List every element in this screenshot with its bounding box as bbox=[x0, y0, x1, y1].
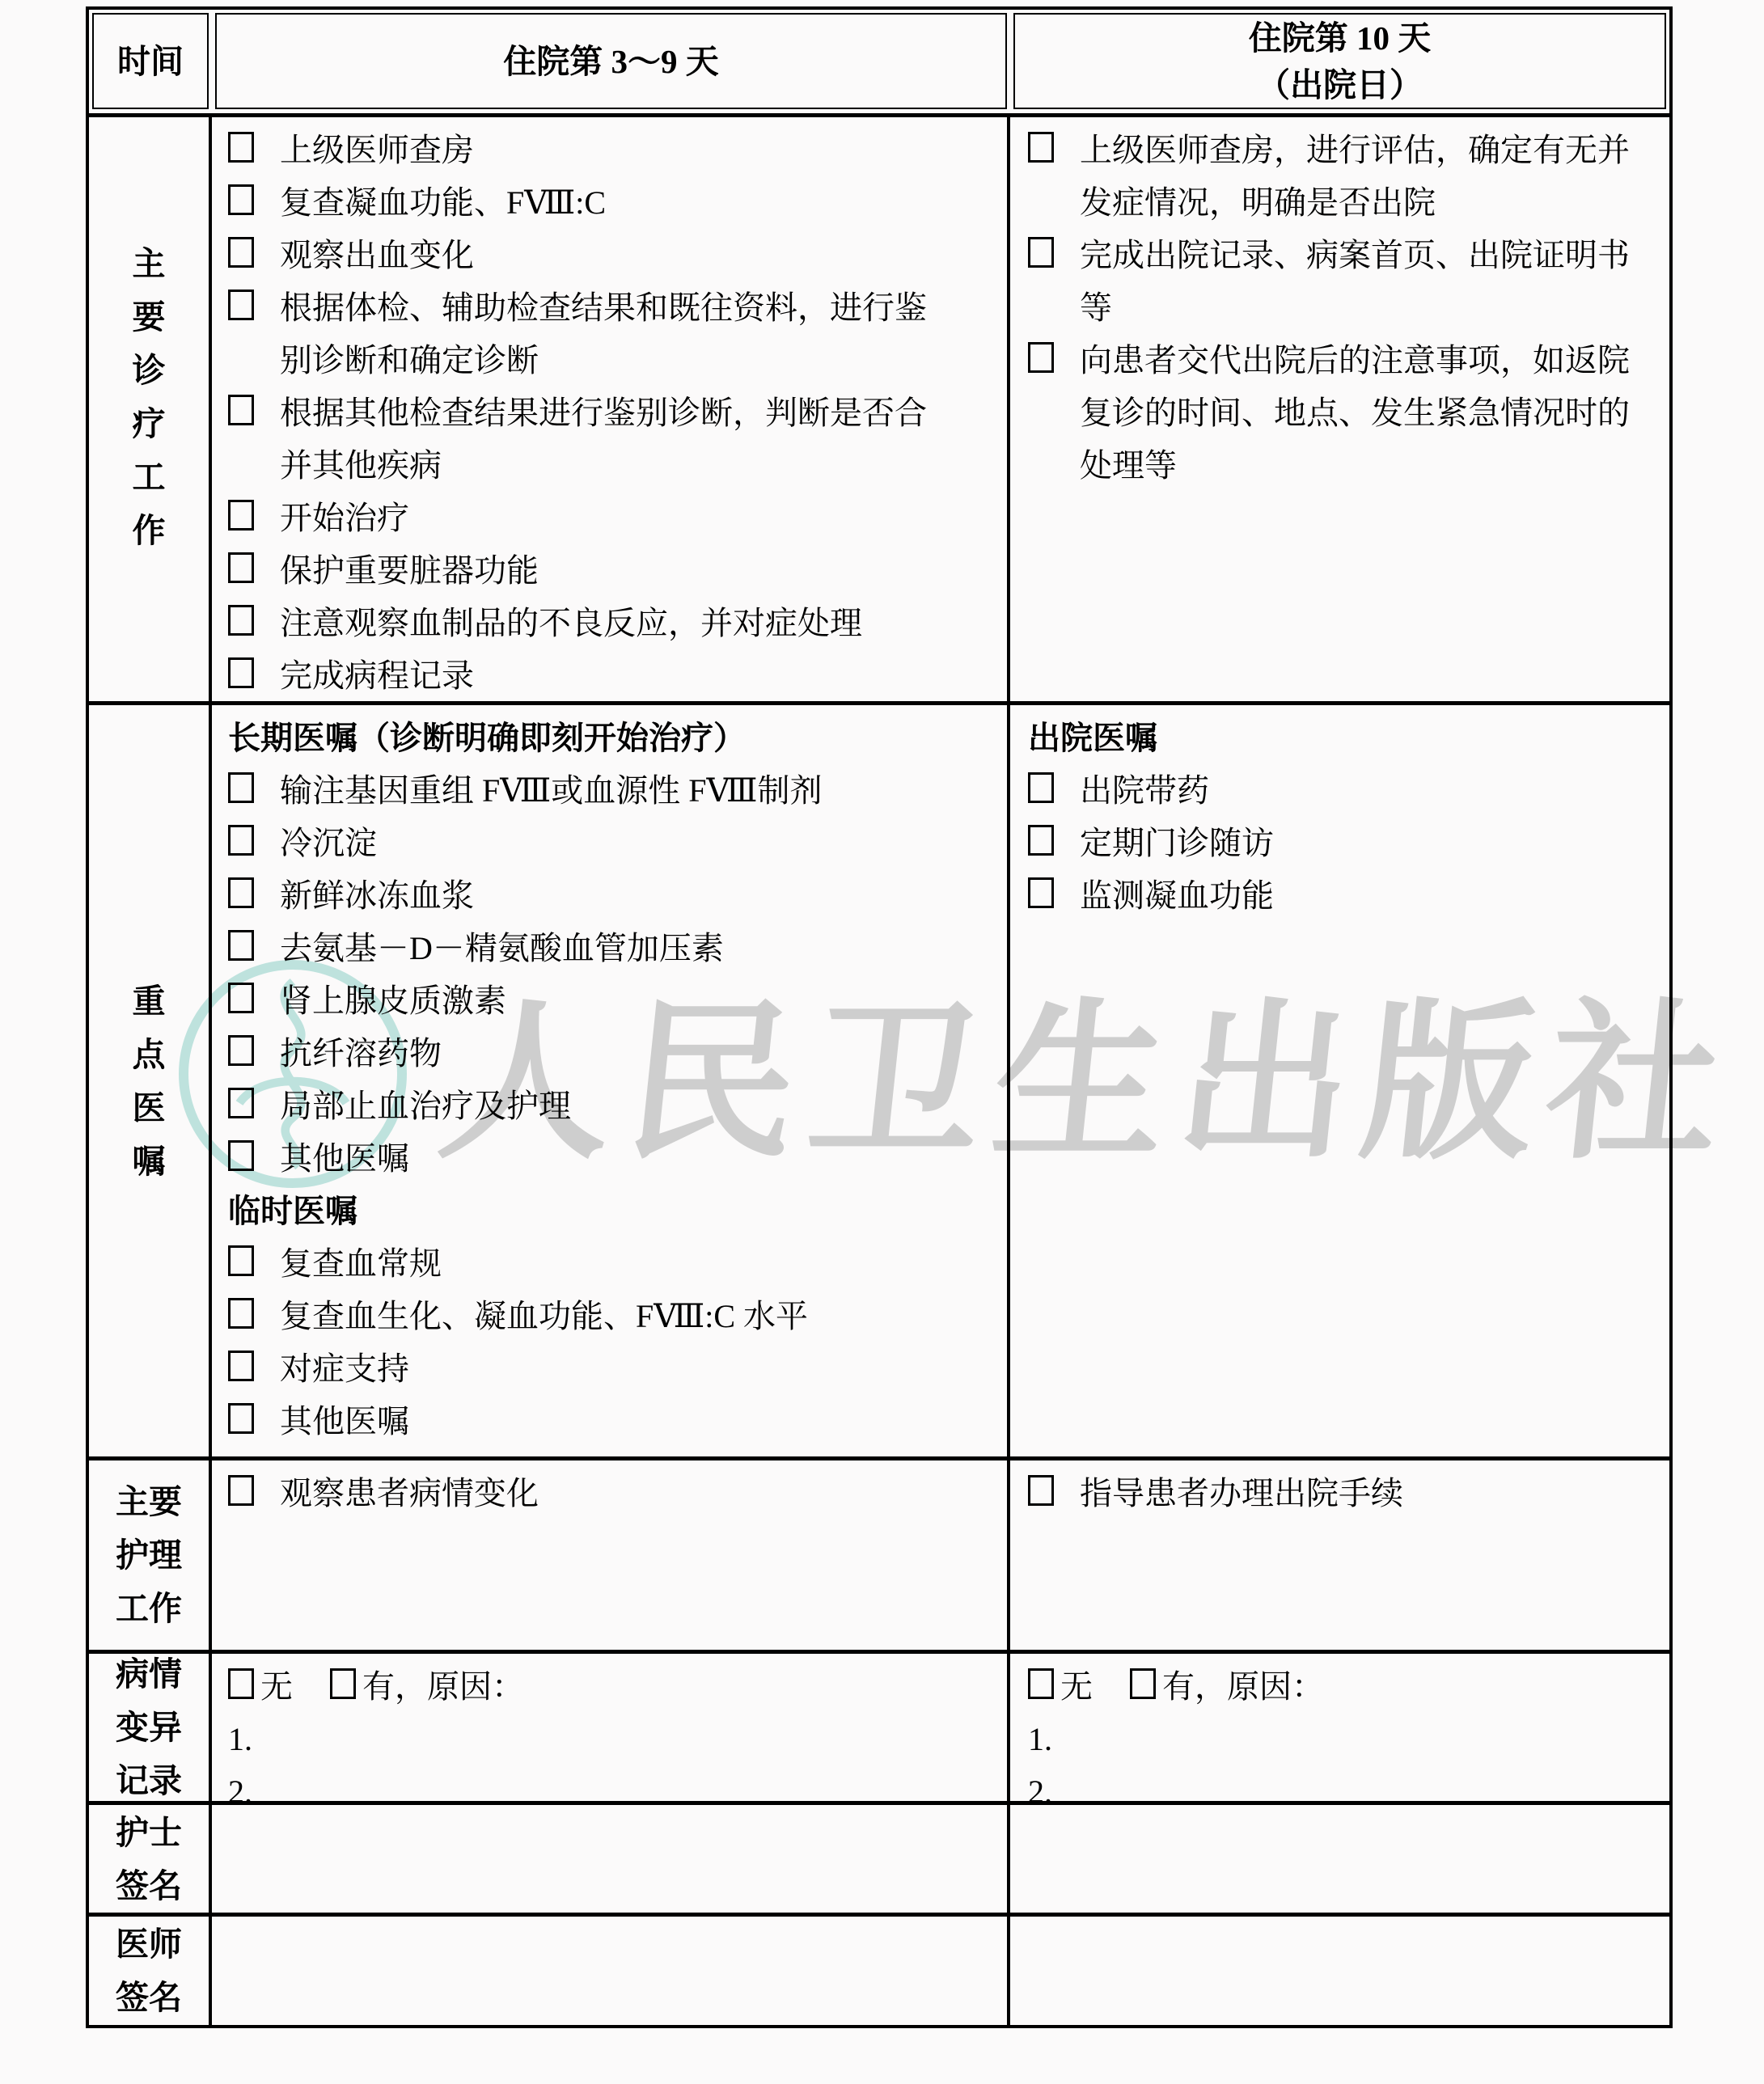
variation-reason-1: 1. bbox=[228, 1713, 950, 1765]
checkbox-icon bbox=[228, 772, 254, 803]
checklist-item: 开始治疗 bbox=[228, 492, 950, 544]
checkbox-icon bbox=[1130, 1668, 1156, 1699]
checkbox-icon bbox=[228, 184, 254, 215]
checkbox-icon bbox=[330, 1668, 356, 1699]
checkbox-icon bbox=[228, 877, 254, 908]
doctor-signature-day3-9-cell bbox=[212, 1917, 1010, 2025]
checkbox-icon bbox=[228, 132, 254, 163]
orders-day3-9-cell: 长期医嘱（诊断明确即刻开始治疗） 输注基因重组 FⅧ或血源性 FⅧ制剂 冷沉淀 … bbox=[212, 705, 1010, 1460]
checkbox-icon bbox=[228, 1351, 254, 1381]
checkbox-icon bbox=[1028, 342, 1054, 373]
row-label-main-treatment: 主 要 诊 疗 工 作 bbox=[89, 117, 212, 705]
nurse-signature-day3-9-cell bbox=[212, 1805, 1010, 1917]
day10-header-label: 住院第 10 天 （出院日） bbox=[1013, 13, 1666, 109]
checkbox-icon bbox=[1028, 132, 1054, 163]
checklist-item: 定期门诊随访 bbox=[1028, 817, 1640, 869]
checklist-item: 复查血生化、凝血功能、FⅧ:C 水平 bbox=[228, 1290, 950, 1342]
day3-9-header-label: 住院第 3～9 天 bbox=[215, 13, 1007, 109]
checklist-item: 根据体检、辅助检查结果和既往资料，进行鉴别诊断和确定诊断 bbox=[228, 281, 950, 387]
header-cell-day10: 住院第 10 天 （出院日） bbox=[1010, 10, 1669, 117]
checklist-item: 根据其他检查结果进行鉴别诊断，判断是否合并其他疾病 bbox=[228, 387, 950, 492]
checkbox-icon bbox=[228, 500, 254, 531]
row-label-nurse-signature: 护士 签名 bbox=[89, 1805, 212, 1917]
doctor-signature-day10-cell bbox=[1010, 1917, 1669, 2025]
checklist-item: 保护重要脏器功能 bbox=[228, 544, 950, 597]
checkbox-icon bbox=[228, 1403, 254, 1434]
checkbox-icon bbox=[228, 1140, 254, 1171]
checklist-item: 抗纤溶药物 bbox=[228, 1027, 950, 1080]
checkbox-icon bbox=[1028, 772, 1054, 803]
checklist-item: 出院带药 bbox=[1028, 764, 1640, 817]
checkbox-icon bbox=[228, 395, 254, 425]
checkbox-icon bbox=[1028, 877, 1054, 908]
checklist-item: 输注基因重组 FⅧ或血源性 FⅧ制剂 bbox=[228, 764, 950, 817]
checklist-item: 注意观察血制品的不良反应，并对症处理 bbox=[228, 597, 950, 649]
checklist-item: 局部止血治疗及护理 bbox=[228, 1080, 950, 1132]
checkbox-icon bbox=[228, 1035, 254, 1066]
treatment-day10-cell: 上级医师查房，进行评估，确定有无并发症情况，明确是否出院 完成出院记录、病案首页… bbox=[1010, 117, 1669, 705]
checklist-item: 指导患者办理出院手续 bbox=[1028, 1467, 1640, 1520]
checklist-item: 上级医师查房 bbox=[228, 124, 950, 176]
checkbox-icon bbox=[228, 1668, 254, 1699]
checklist-item: 上级医师查房，进行评估，确定有无并发症情况，明确是否出院 bbox=[1028, 124, 1640, 229]
checklist-item: 其他医嘱 bbox=[228, 1395, 950, 1448]
checklist-item: 复查血常规 bbox=[228, 1237, 950, 1290]
row-label-key-orders: 重 点 医 嘱 bbox=[89, 705, 212, 1460]
variation-day10-cell: 无有，原因： 1. 2. bbox=[1010, 1654, 1669, 1805]
temp-orders-heading: 临时医嘱 bbox=[228, 1185, 950, 1237]
nursing-day3-9-cell: 观察患者病情变化 bbox=[212, 1460, 1010, 1654]
time-header-label: 时间 bbox=[92, 13, 209, 109]
checklist-item: 完成出院记录、病案首页、出院证明书等 bbox=[1028, 229, 1640, 334]
checkbox-icon bbox=[228, 1245, 254, 1276]
variation-day3-9-cell: 无有，原因： 1. 2. bbox=[212, 1654, 1010, 1805]
header-cell-time: 时间 bbox=[89, 10, 212, 117]
checklist-item: 向患者交代出院后的注意事项，如返院复诊的时间、地点、发生紧急情况时的处理等 bbox=[1028, 334, 1640, 492]
checkbox-icon bbox=[1028, 825, 1054, 856]
checklist-item: 其他医嘱 bbox=[228, 1132, 950, 1185]
day10-line2: （出院日） bbox=[1257, 61, 1423, 108]
checklist-item: 复查凝血功能、FⅧ:C bbox=[228, 176, 950, 229]
checkbox-icon bbox=[1028, 1475, 1054, 1506]
checklist-item: 新鲜冰冻血浆 bbox=[228, 869, 950, 922]
clinical-pathway-table: 时间 住院第 3～9 天 住院第 10 天 （出院日） 主 要 诊 疗 工 作 … bbox=[86, 6, 1673, 2028]
checklist-item: 对症支持 bbox=[228, 1342, 950, 1395]
header-cell-day3-9: 住院第 3～9 天 bbox=[212, 10, 1010, 117]
checklist-item: 观察患者病情变化 bbox=[228, 1467, 950, 1520]
treatment-day3-9-cell: 上级医师查房 复查凝血功能、FⅧ:C 观察出血变化 根据体检、辅助检查结果和既往… bbox=[212, 117, 1010, 705]
checkbox-icon bbox=[228, 1088, 254, 1118]
checkbox-icon bbox=[228, 657, 254, 688]
checkbox-icon bbox=[228, 605, 254, 636]
checklist-item: 冷沉淀 bbox=[228, 817, 950, 869]
checklist-item: 完成病程记录 bbox=[228, 649, 950, 702]
row-label-variation-record: 病情 变异 记录 bbox=[89, 1654, 212, 1805]
orders-day10-cell: 出院医嘱 出院带药 定期门诊随访 监测凝血功能 bbox=[1010, 705, 1669, 1460]
checklist-item: 观察出血变化 bbox=[228, 229, 950, 281]
checkbox-icon bbox=[228, 930, 254, 961]
discharge-orders-heading: 出院医嘱 bbox=[1028, 712, 1640, 764]
checkbox-icon bbox=[228, 237, 254, 268]
row-label-doctor-signature: 医师 签名 bbox=[89, 1917, 212, 2025]
checklist-item: 监测凝血功能 bbox=[1028, 869, 1640, 922]
checklist-item: 肾上腺皮质激素 bbox=[228, 974, 950, 1027]
variation-choice-line: 无有，原因： bbox=[228, 1660, 950, 1713]
checklist-item: 去氨基－D－精氨酸血管加压素 bbox=[228, 922, 950, 974]
long-term-orders-heading: 长期医嘱（诊断明确即刻开始治疗） bbox=[228, 712, 950, 764]
checkbox-icon bbox=[228, 552, 254, 583]
nursing-day10-cell: 指导患者办理出院手续 bbox=[1010, 1460, 1669, 1654]
day10-line1: 住院第 10 天 bbox=[1249, 15, 1432, 61]
checkbox-icon bbox=[228, 825, 254, 856]
checkbox-icon bbox=[228, 1298, 254, 1329]
variation-choice-line: 无有，原因： bbox=[1028, 1660, 1640, 1713]
variation-reason-1: 1. bbox=[1028, 1713, 1640, 1765]
checkbox-icon bbox=[228, 1475, 254, 1506]
checkbox-icon bbox=[228, 983, 254, 1013]
row-label-main-nursing: 主要 护理 工作 bbox=[89, 1460, 212, 1654]
nurse-signature-day10-cell bbox=[1010, 1805, 1669, 1917]
checkbox-icon bbox=[1028, 237, 1054, 268]
checkbox-icon bbox=[228, 290, 254, 320]
checkbox-icon bbox=[1028, 1668, 1054, 1699]
